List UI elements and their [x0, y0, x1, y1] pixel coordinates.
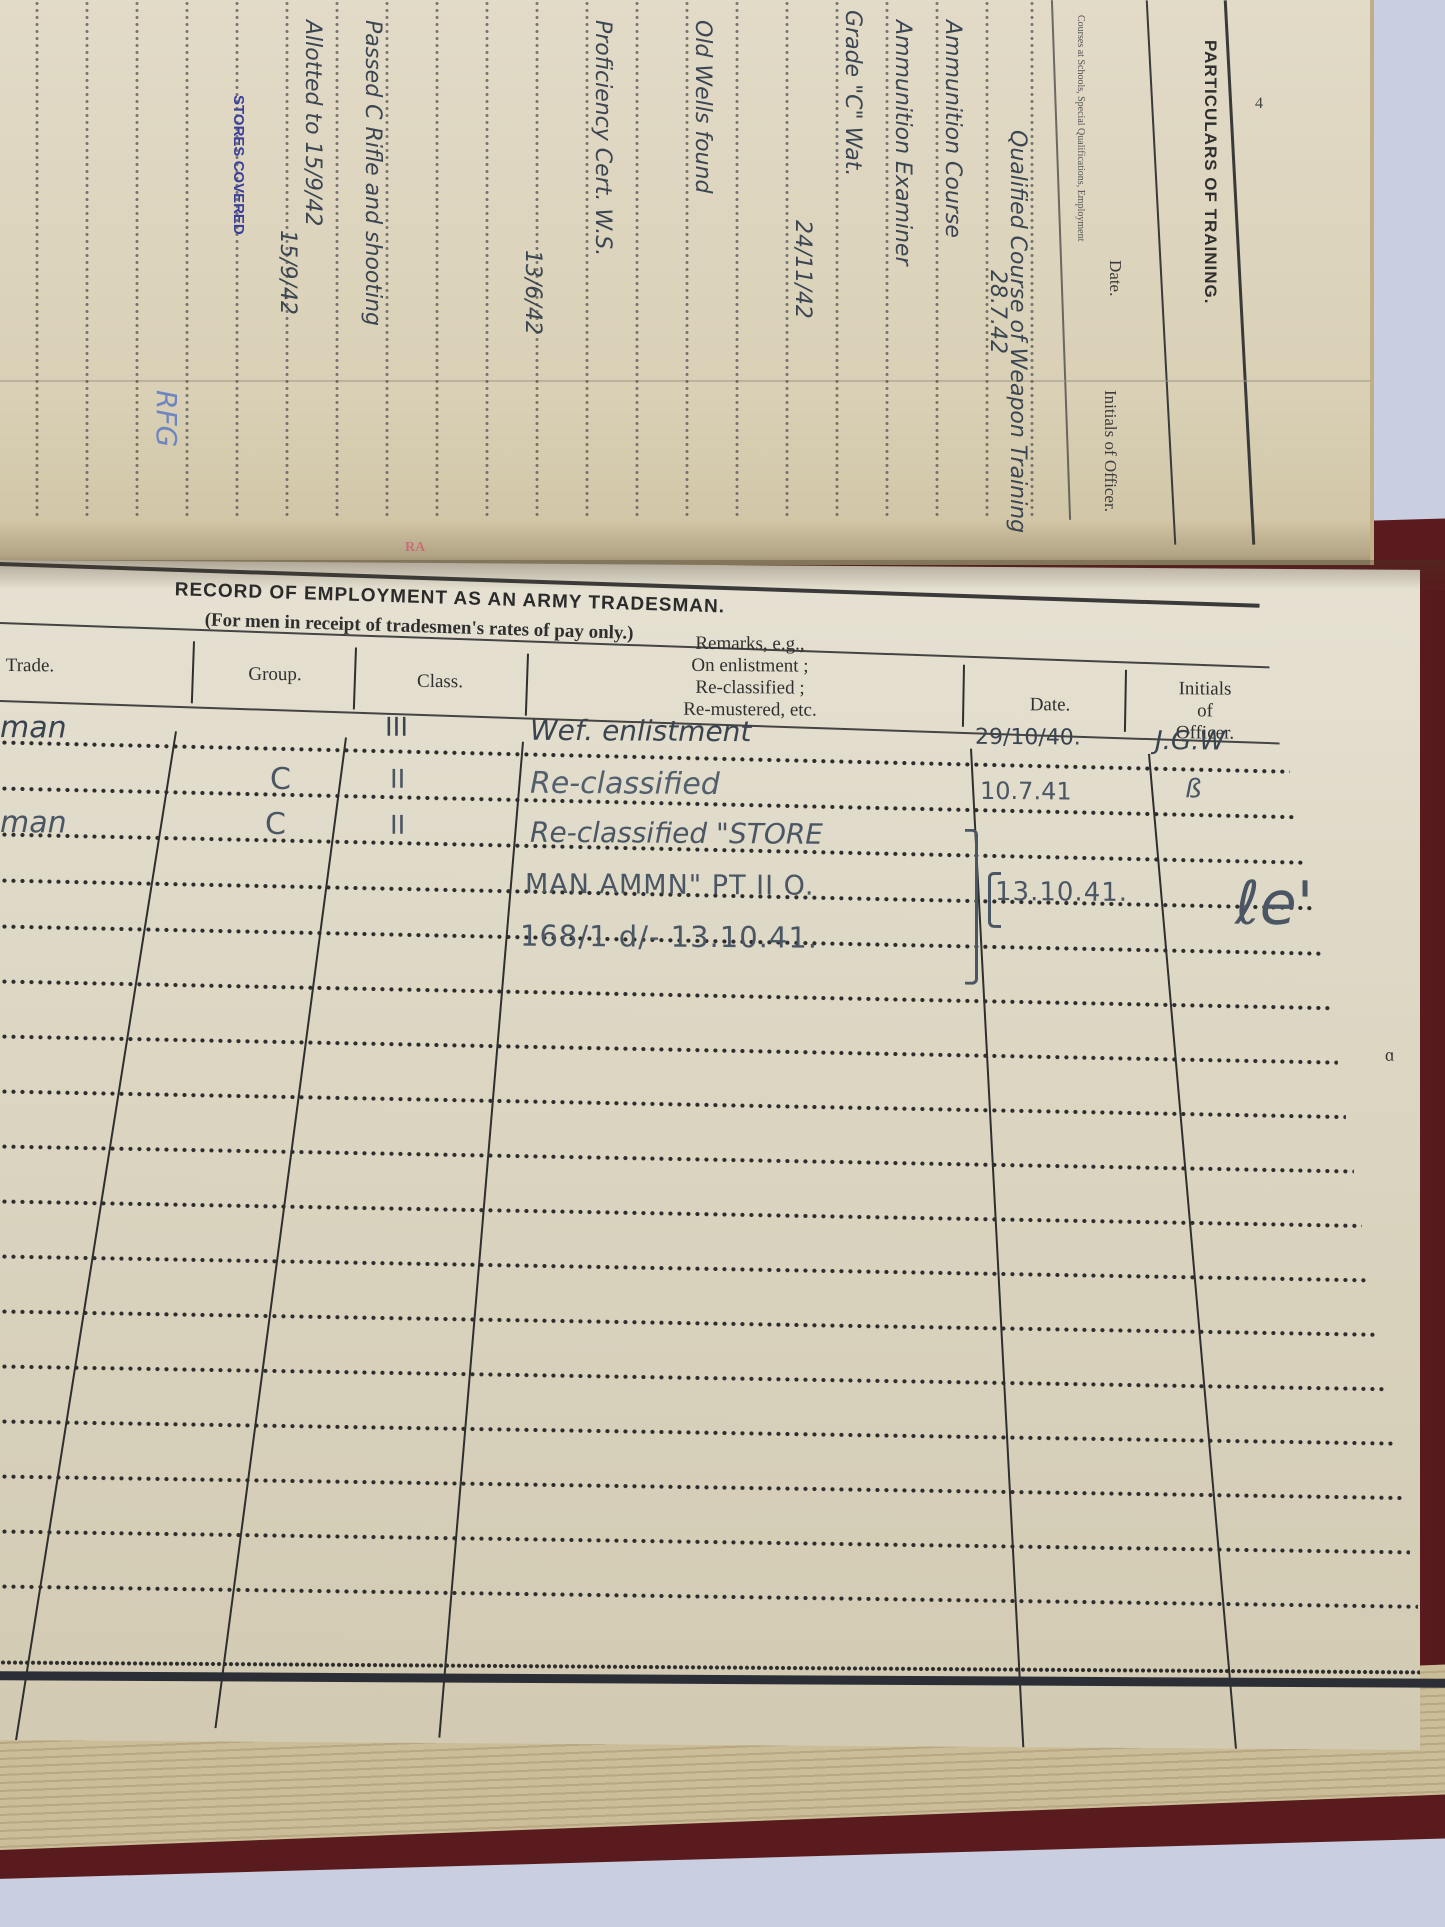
training-entry-8: Allotted to 15/9/42	[300, 20, 325, 226]
col-divider-header	[353, 647, 357, 709]
col-head-remarks-line3: Re-classified ;	[560, 676, 940, 701]
training-border-inner	[1146, 0, 1177, 544]
row3-remarks: Re-classified "STORE	[530, 816, 823, 851]
dotted-line	[885, 0, 889, 520]
dotted-line	[485, 0, 489, 520]
row2-initials: ß	[1185, 774, 1201, 804]
training-title: PARTICULARS OF TRAINING.	[1180, 40, 1220, 305]
row1-trade: man	[0, 710, 67, 745]
training-col-head-date: Date.	[1105, 260, 1125, 296]
training-entry-3: Ammunition Examiner	[890, 20, 915, 266]
row4-date: 13.10.41.	[995, 877, 1128, 908]
dotted-line	[85, 0, 89, 520]
dotted-line	[135, 0, 139, 520]
training-col-head-initials: Initials of Officer.	[1100, 390, 1120, 512]
col-head-remarks-line2: On enlistment ;	[560, 654, 940, 679]
dotted-line	[635, 0, 639, 520]
dotted-line	[835, 0, 839, 520]
col-head-trade: Trade.	[0, 655, 60, 677]
col-head-remarks-line1: Remarks, e.g.,	[560, 632, 940, 657]
row1-initials: J.G.W	[1155, 726, 1225, 756]
dotted-row	[0, 1364, 1386, 1392]
row5-remarks: 168/1 d/- 13.10.41.	[520, 919, 818, 955]
dotted-row	[0, 1199, 1362, 1228]
blue-signature: RFG	[150, 390, 183, 447]
training-entry-2: Ammunition Course	[940, 20, 965, 238]
training-entry-8-date: 15/9/42	[275, 230, 300, 315]
row1-remarks: Wef. enlistment	[530, 714, 751, 749]
training-col-head-courses: Courses at Schools, Special Qualificatio…	[1075, 15, 1086, 241]
dotted-line	[435, 0, 439, 520]
col-head-group: Group.	[210, 663, 340, 686]
dotted-line	[185, 0, 189, 520]
row1-class: III	[385, 713, 408, 743]
training-entry-7: Passed C Rifle and shooting	[360, 20, 385, 326]
training-entry-4: Grade "C" Wat.	[840, 10, 865, 176]
row2-group: C	[270, 762, 291, 797]
dotted-row	[0, 1089, 1346, 1120]
dotted-row	[0, 1144, 1354, 1174]
page-number: 4	[1255, 95, 1263, 113]
remarks-bracket-right	[965, 829, 978, 985]
training-entry-6-date: 13/6/42	[520, 250, 545, 335]
col-divider-header	[962, 665, 965, 727]
gutter-shadow	[0, 560, 1445, 590]
row3-group: C	[265, 807, 286, 842]
dotted-row	[0, 1474, 1402, 1501]
training-entry-5: Old Wells found	[690, 20, 715, 193]
training-border-outer	[1224, 0, 1256, 544]
training-header-rule	[1051, 0, 1071, 520]
dotted-row	[0, 1309, 1378, 1337]
dotted-line	[235, 0, 239, 520]
dotted-line	[785, 0, 789, 520]
training-page: PARTICULARS OF TRAINING. 4 Courses at Sc…	[0, 0, 1374, 565]
row4-remarks: MAN AMMN" PT II O.	[525, 869, 814, 902]
dotted-row	[0, 1529, 1410, 1555]
col-head-date: Date.	[975, 694, 1125, 717]
row4-initials: ℓe'	[1235, 869, 1313, 940]
col-head-remarks: Remarks, e.g., On enlistment ; Re-classi…	[560, 632, 940, 723]
dotted-line	[685, 0, 689, 520]
dotted-row	[0, 1584, 1418, 1609]
row3-class: II	[390, 811, 405, 841]
dotted-line	[585, 0, 589, 520]
row3-trade: man	[0, 805, 67, 840]
col-divider-header	[525, 654, 529, 716]
dotted-row	[0, 1254, 1370, 1283]
employment-record-page: RECORD OF EMPLOYMENT AS AN ARMY TRADESMA…	[0, 560, 1420, 1750]
dotted-line	[735, 0, 739, 520]
col-divider-header	[191, 641, 195, 703]
dotted-row	[0, 979, 1330, 1011]
row2-remarks: Re-classified	[530, 766, 720, 802]
row2-class: II	[390, 765, 405, 795]
dotted-line	[985, 0, 989, 520]
dotted-line	[335, 0, 339, 520]
dotted-line	[935, 0, 939, 520]
stores-covered-stamp: STORES COVERED	[230, 95, 247, 235]
fold-shadow	[0, 520, 1370, 565]
dotted-line	[35, 0, 39, 520]
col-head-initials-line2: of	[1140, 700, 1270, 723]
training-entry-1-date: 28.7.42	[985, 270, 1010, 354]
col-head-class: Class.	[370, 671, 510, 694]
date-bracket-left	[988, 872, 1001, 928]
row2-date: 10.7.41	[980, 777, 1072, 806]
training-page-content: PARTICULARS OF TRAINING. 4 Courses at Sc…	[0, 0, 1370, 565]
dotted-row	[0, 1034, 1338, 1065]
pencil-mark: ɑ	[1385, 1045, 1394, 1066]
training-entry-6: Proficiency Cert. W.S.	[590, 20, 615, 256]
training-entry-4-date: 24/11/42	[790, 220, 815, 319]
row1-date: 29/10/40.	[975, 725, 1081, 751]
dotted-line	[385, 0, 389, 520]
dotted-line	[1030, 0, 1034, 520]
dotted-row	[0, 1419, 1394, 1446]
col-head-initials-line1: Initials	[1140, 678, 1270, 701]
